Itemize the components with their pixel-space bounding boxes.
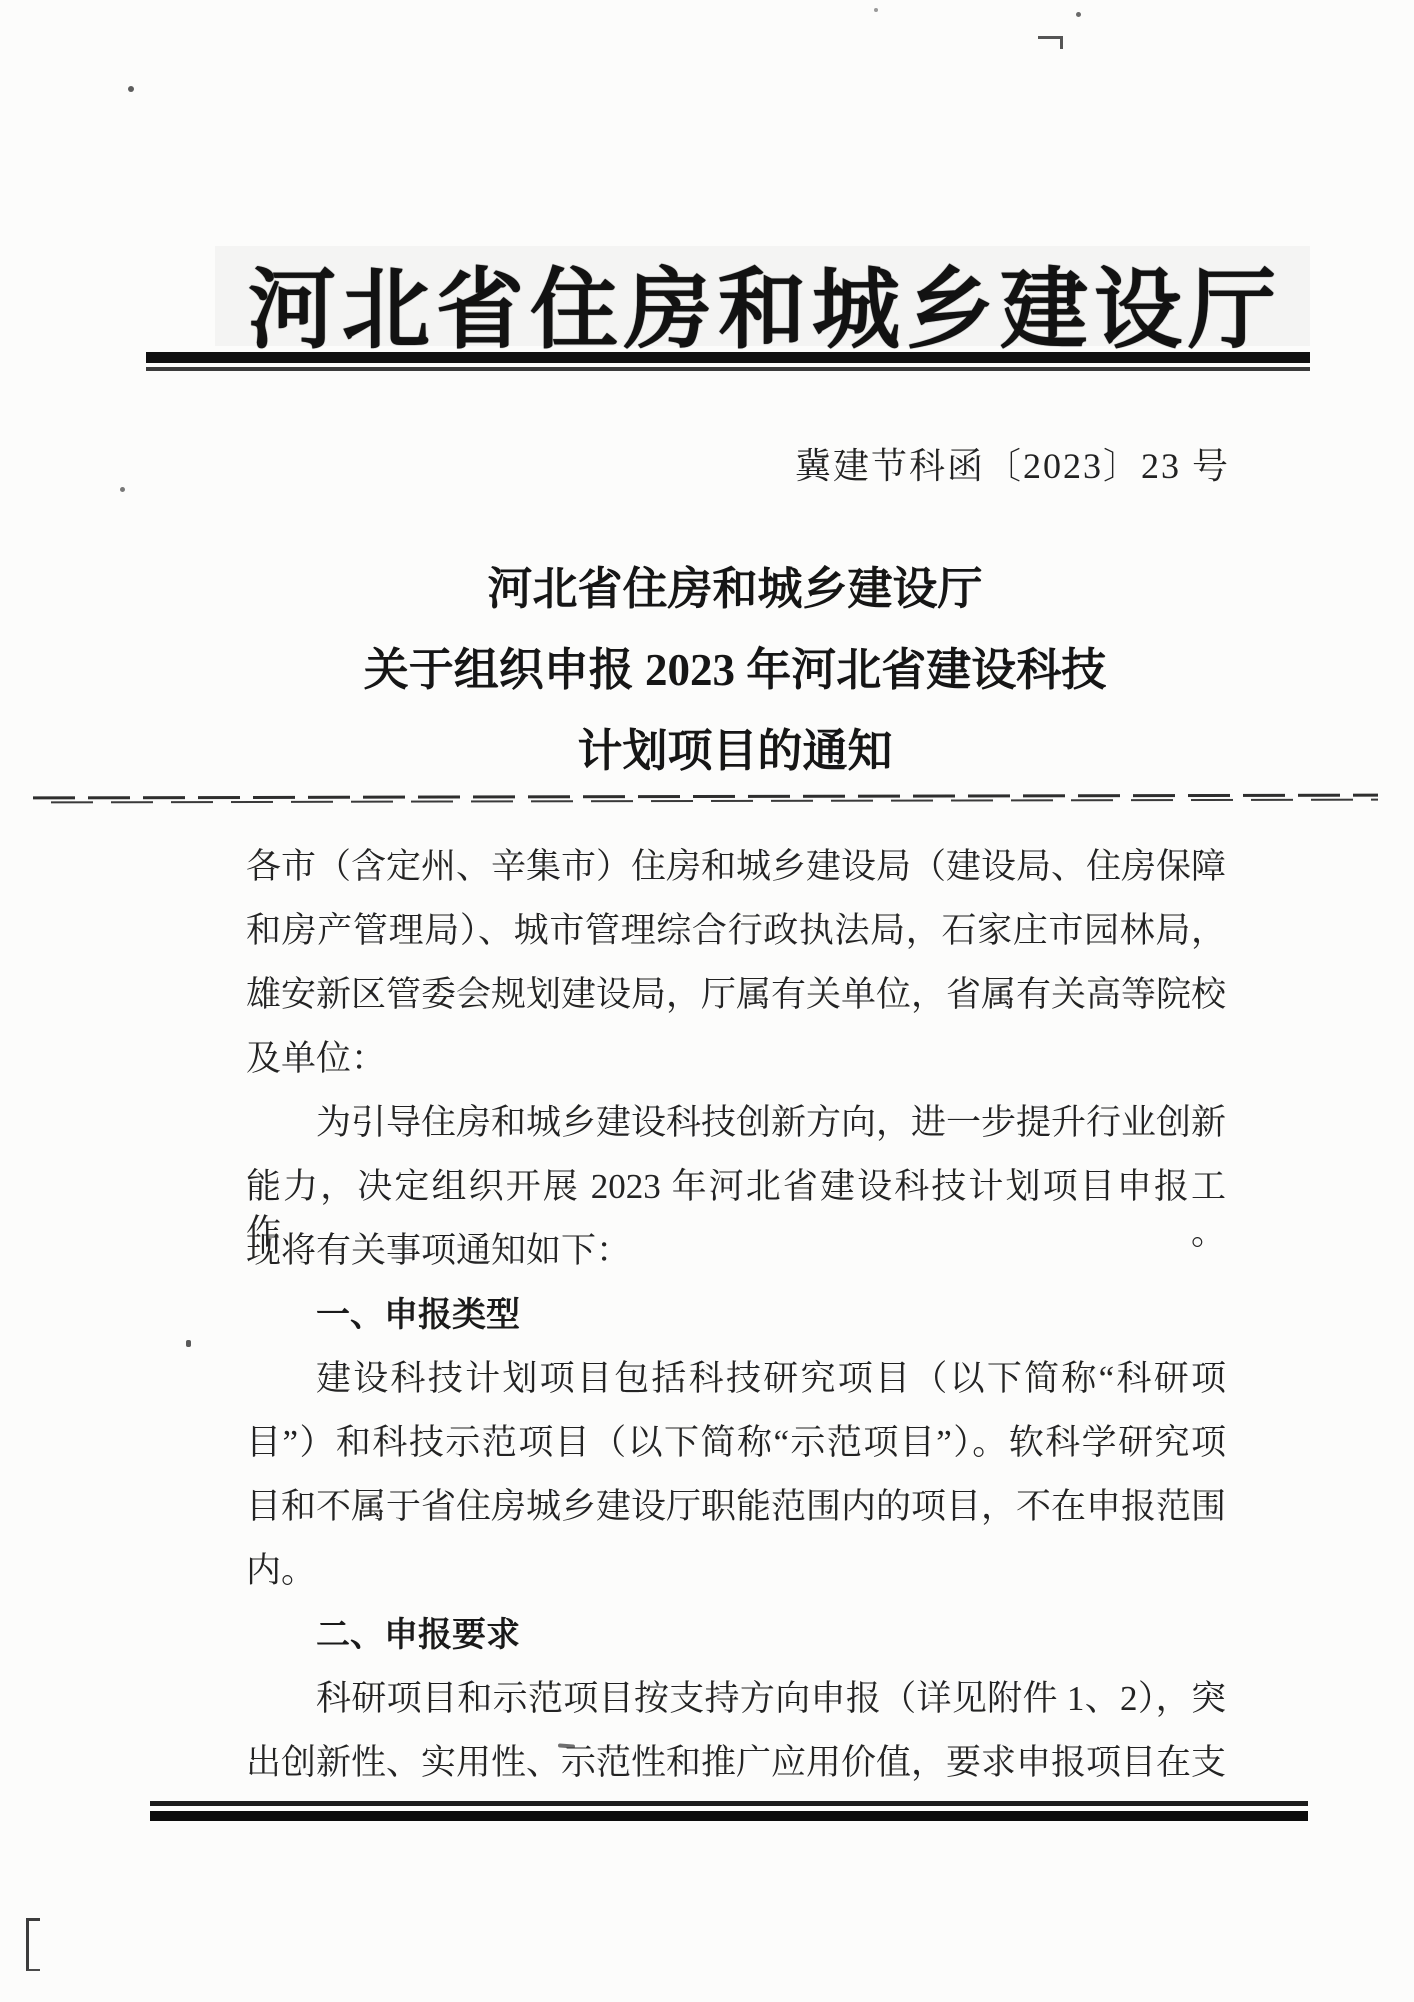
body-line: 目和不属于省住房城乡建设厅职能范围内的项目，不在申报范围 bbox=[246, 1484, 1226, 1534]
scan-speck bbox=[1076, 12, 1081, 17]
body-line: 出创新性、实用性、示范性和推广应用价值，要求申报项目在支 bbox=[246, 1740, 1226, 1790]
footer-rule-thin bbox=[150, 1801, 1308, 1806]
notice-title-line-3: 计划项目的通知 bbox=[235, 714, 1235, 779]
section-heading-2: 二、申报要求 bbox=[246, 1612, 1226, 1662]
letterhead-title: 河北省住房和城乡建设厅 bbox=[225, 240, 1305, 366]
letterhead-rule-thin bbox=[146, 367, 1310, 371]
scan-speck bbox=[186, 1340, 191, 1347]
letterhead-rule-thick bbox=[146, 352, 1310, 363]
body-line: 建设科技计划项目包括科技研究项目（以下简称“科研项 bbox=[246, 1356, 1226, 1406]
body-line: 和房产管理局）、城市管理综合行政执法局，石家庄市园林局， bbox=[246, 908, 1226, 958]
body-line: 内。 bbox=[246, 1548, 1226, 1598]
scanned-document-page: 河北省住房和城乡建设厅 冀建节科函〔2023〕23 号 河北省住房和城乡建设厅 … bbox=[0, 0, 1414, 2002]
body-line: 科研项目和示范项目按支持方向申报（详见附件 1、2），突 bbox=[246, 1676, 1226, 1726]
scan-speck bbox=[874, 8, 878, 12]
scan-corner-bracket bbox=[26, 1918, 40, 1971]
body-line: 为引导住房和城乡建设科技创新方向，进一步提升行业创新 bbox=[246, 1100, 1226, 1150]
body-line: 现将有关事项通知如下： bbox=[246, 1228, 1226, 1278]
scan-mark bbox=[1038, 36, 1063, 49]
notice-title-line-2: 关于组织申报 2023 年河北省建设科技 bbox=[235, 633, 1235, 698]
section-heading-1: 一、申报类型 bbox=[246, 1292, 1226, 1342]
dashed-separator bbox=[33, 794, 1378, 805]
scan-speck bbox=[120, 487, 125, 492]
body-line: 雄安新区管委会规划建设局，厅属有关单位，省属有关高等院校 bbox=[246, 972, 1226, 1022]
footer-rule-thick bbox=[150, 1811, 1308, 1821]
document-number: 冀建节科函〔2023〕23 号 bbox=[690, 438, 1230, 489]
body-line: 及单位： bbox=[246, 1036, 1226, 1086]
notice-title-line-1: 河北省住房和城乡建设厅 bbox=[235, 552, 1235, 617]
scan-speck bbox=[128, 86, 134, 92]
body-line: 能力，决定组织开展 2023 年河北省建设科技计划项目申报工作。 bbox=[246, 1164, 1226, 1214]
body-line: 各市（含定州、辛集市）住房和城乡建设局（建设局、住房保障 bbox=[246, 844, 1226, 894]
body-line: 目”）和科技示范项目（以下简称“示范项目”）。软科学研究项 bbox=[246, 1420, 1226, 1470]
